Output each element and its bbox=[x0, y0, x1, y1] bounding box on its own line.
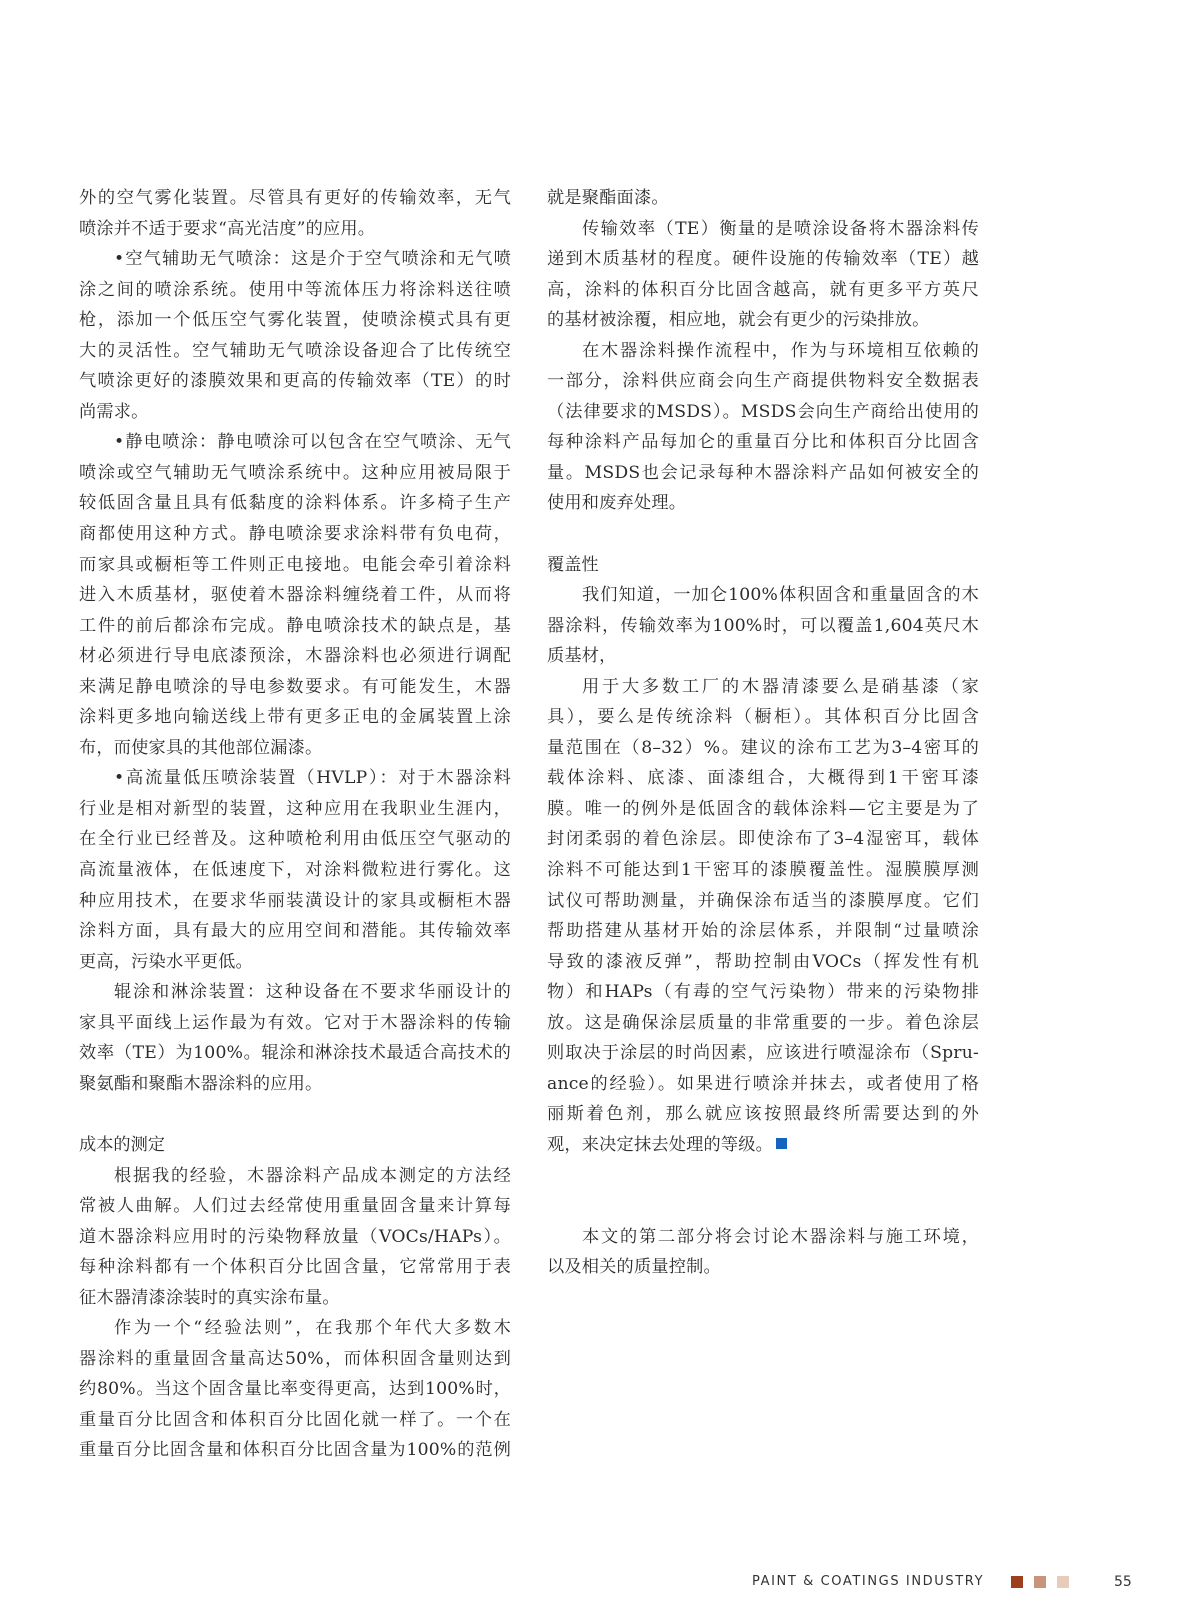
text-line: 道木器涂料应用时的污染物释放量（VOCs/HAPs）。 bbox=[79, 1222, 511, 1253]
text-line: 传输效率（TE）衡量的是喷涂设备将木器涂料传 bbox=[547, 214, 979, 245]
paragraph-gap bbox=[547, 1161, 979, 1192]
text-line: 辊涂和淋涂装置：这种设备在不要求华丽设计的 bbox=[79, 977, 511, 1008]
text-line: 丽斯着色剂，那么就应该按照最终所需要达到的外 bbox=[547, 1099, 979, 1130]
text-line: 重量百分比固含量和体积百分比固含量为100%的范例 bbox=[79, 1435, 511, 1466]
text-line: 在木器涂料操作流程中，作为与环境相互依赖的 bbox=[547, 336, 979, 367]
text-line: 用于大多数工厂的木器清漆要么是硝基漆（家 bbox=[547, 672, 979, 703]
text-line: 约80%。当这个固含量比率变得更高，达到100%时， bbox=[79, 1374, 511, 1405]
text-line: 行业是相对新型的装置，这种应用在我职业生涯内， bbox=[79, 794, 511, 825]
text-line: 以及相关的质量控制。 bbox=[547, 1252, 979, 1283]
left-column: 外的空气雾化装置。尽管具有更好的传输效率，无气喷涂并不适于要求“高光洁度”的应用… bbox=[79, 183, 511, 1466]
text-line: 观，来决定抹去处理的等级。 bbox=[547, 1130, 979, 1161]
text-line: 大的灵活性。空气辅助无气喷涂设备迎合了比传统空 bbox=[79, 336, 511, 367]
text-line: 使用和废弃处理。 bbox=[547, 488, 979, 519]
text-line: 聚氨酯和聚酯木器涂料的应用。 bbox=[79, 1069, 511, 1100]
text-line: 外的空气雾化装置。尽管具有更好的传输效率，无气 bbox=[79, 183, 511, 214]
color-swatch-mid bbox=[1034, 1576, 1046, 1588]
text-line: 就是聚酯面漆。 bbox=[547, 183, 979, 214]
text-line: 我们知道，一加仑100%体积固含和重量固含的木 bbox=[547, 580, 979, 611]
text-line: 质基材， bbox=[547, 641, 979, 672]
text-line: 在全行业已经普及。这种喷枪利用由低压空气驱动的 bbox=[79, 824, 511, 855]
text-line: 家具平面线上运作最为有效。它对于木器涂料的传输 bbox=[79, 1008, 511, 1039]
text-line: 喷涂并不适于要求“高光洁度”的应用。 bbox=[79, 214, 511, 245]
text-line: 作为一个“经验法则”，在我那个年代大多数木 bbox=[79, 1313, 511, 1344]
text-line: 每种涂料都有一个体积百分比固含量，它常常用于表 bbox=[79, 1252, 511, 1283]
text-line: 封闭柔弱的着色涂层。即使涂布了3–4湿密耳，载体 bbox=[547, 824, 979, 855]
text-line: 高流量液体，在低速度下，对涂料微粒进行雾化。这 bbox=[79, 855, 511, 886]
right-column: 就是聚酯面漆。传输效率（TE）衡量的是喷涂设备将木器涂料传递到木质基材的程度。硬… bbox=[547, 183, 979, 1283]
text-line: 涂之间的喷涂系统。使用中等流体压力将涂料送往喷 bbox=[79, 275, 511, 306]
text-line: 帮助搭建从基材开始的涂层体系，并限制“过量喷涂 bbox=[547, 916, 979, 947]
page-footer: PAINT & COATINGS INDUSTRY 55 bbox=[0, 1570, 1200, 1594]
text-line: 的基材被涂覆，相应地，就会有更少的污染排放。 bbox=[547, 305, 979, 336]
text-line: 放。这是确保涂层质量的非常重要的一步。着色涂层 bbox=[547, 1008, 979, 1039]
text-line: 器涂料的重量固含量高达50%，而体积固含量则达到 bbox=[79, 1344, 511, 1375]
text-line: 种应用技术，在要求华丽装潢设计的家具或橱柜木器 bbox=[79, 886, 511, 917]
paragraph-gap bbox=[547, 1191, 979, 1222]
text-line-content: 观，来决定抹去处理的等级。 bbox=[547, 1135, 773, 1155]
text-line: 材必须进行导电底漆预涂，木器涂料也必须进行调配 bbox=[79, 641, 511, 672]
section-heading: 成本的测定 bbox=[79, 1130, 511, 1161]
text-line: 征木器清漆涂装时的真实涂布量。 bbox=[79, 1283, 511, 1314]
text-line: 喷涂或空气辅助无气喷涂系统中。这种应用被局限于 bbox=[79, 458, 511, 489]
text-line: 来满足静电喷涂的导电参数要求。有可能发生，木器 bbox=[79, 672, 511, 703]
text-line: 量。MSDS也会记录每种木器涂料产品如何被安全的 bbox=[547, 458, 979, 489]
text-line: 每种涂料产品每加仑的重量百分比和体积百分比固含 bbox=[547, 427, 979, 458]
paragraph-gap bbox=[79, 1099, 511, 1130]
text-line: 涂料不可能达到1干密耳的漆膜覆盖性。湿膜膜厚测 bbox=[547, 855, 979, 886]
text-line: 具），要么是传统涂料（橱柜）。其体积百分比固含 bbox=[547, 702, 979, 733]
text-line: 根据我的经验，木器涂料产品成本测定的方法经 bbox=[79, 1161, 511, 1192]
text-line: •高流量低压喷涂装置（HVLP）：对于木器涂料 bbox=[79, 763, 511, 794]
text-line: 进入木质基材，驱使着木器涂料缠绕着工件，从而将 bbox=[79, 580, 511, 611]
text-line: （法律要求的MSDS）。MSDS会向生产商给出使用的 bbox=[547, 397, 979, 428]
section-heading: 覆盖性 bbox=[547, 550, 979, 581]
text-line: ance的经验）。如果进行喷涂并抹去，或者使用了格 bbox=[547, 1069, 979, 1100]
text-line: 气喷涂更好的漆膜效果和更高的传输效率（TE）的时 bbox=[79, 366, 511, 397]
text-line: 更高，污染水平更低。 bbox=[79, 947, 511, 978]
text-line: 量范围在（8–32）%。建议的涂布工艺为3–4密耳的 bbox=[547, 733, 979, 764]
text-line: 导致的漆液反弹”，帮助控制由VOCs（挥发性有机 bbox=[547, 947, 979, 978]
text-line: 涂料方面，具有最大的应用空间和潜能。其传输效率 bbox=[79, 916, 511, 947]
text-line: 则取决于涂层的时尚因素，应该进行喷湿涂布（Spru- bbox=[547, 1038, 979, 1069]
text-line: 本文的第二部分将会讨论木器涂料与施工环境， bbox=[547, 1222, 979, 1253]
text-line: 而家具或橱柜等工件则正电接地。电能会牵引着涂料 bbox=[79, 550, 511, 581]
text-line: 枪，添加一个低压空气雾化装置，使喷涂模式具有更 bbox=[79, 305, 511, 336]
paragraph-gap bbox=[547, 519, 979, 550]
text-line: 递到木质基材的程度。硬件设施的传输效率（TE）越 bbox=[547, 244, 979, 275]
text-line: 高，涂料的体积百分比固含越高，就有更多平方英尺 bbox=[547, 275, 979, 306]
text-line: 常被人曲解。人们过去经常使用重量固含量来计算每 bbox=[79, 1191, 511, 1222]
text-line: 物）和HAPs（有毒的空气污染物）带来的污染物排 bbox=[547, 977, 979, 1008]
text-line: 较低固含量且具有低黏度的涂料体系。许多椅子生产 bbox=[79, 488, 511, 519]
text-line: 试仪可帮助测量，并确保涂布适当的漆膜厚度。它们 bbox=[547, 886, 979, 917]
text-line: 工件的前后都涂布完成。静电喷涂技术的缺点是，基 bbox=[79, 611, 511, 642]
color-swatch-dark bbox=[1011, 1576, 1023, 1588]
text-line: 一部分，涂料供应商会向生产商提供物料安全数据表 bbox=[547, 366, 979, 397]
publication-name: PAINT & COATINGS INDUSTRY bbox=[752, 1570, 984, 1594]
text-line: 器涂料，传输效率为100%时，可以覆盖1,604英尺木 bbox=[547, 611, 979, 642]
text-line: •静电喷涂：静电喷涂可以包含在空气喷涂、无气 bbox=[79, 427, 511, 458]
text-line: 商都使用这种方式。静电喷涂要求涂料带有负电荷， bbox=[79, 519, 511, 550]
text-line: 布，而使家具的其他部位漏漆。 bbox=[79, 733, 511, 764]
color-swatch-light bbox=[1057, 1576, 1069, 1588]
page-number: 55 bbox=[1114, 1570, 1132, 1594]
text-line: 膜。唯一的例外是低固含的载体涂料—它主要是为了 bbox=[547, 794, 979, 825]
text-line: 载体涂料、底漆、面漆组合，大概得到1干密耳漆 bbox=[547, 763, 979, 794]
text-line: 重量百分比固含和体积百分比固化就一样了。一个在 bbox=[79, 1405, 511, 1436]
text-line: •空气辅助无气喷涂：这是介于空气喷涂和无气喷 bbox=[79, 244, 511, 275]
end-of-article-icon bbox=[776, 1138, 787, 1149]
text-line: 尚需求。 bbox=[79, 397, 511, 428]
text-line: 涂料更多地向输送线上带有更多正电的金属装置上涂 bbox=[79, 702, 511, 733]
text-line: 效率（TE）为100%。辊涂和淋涂技术最适合高技术的 bbox=[79, 1038, 511, 1069]
